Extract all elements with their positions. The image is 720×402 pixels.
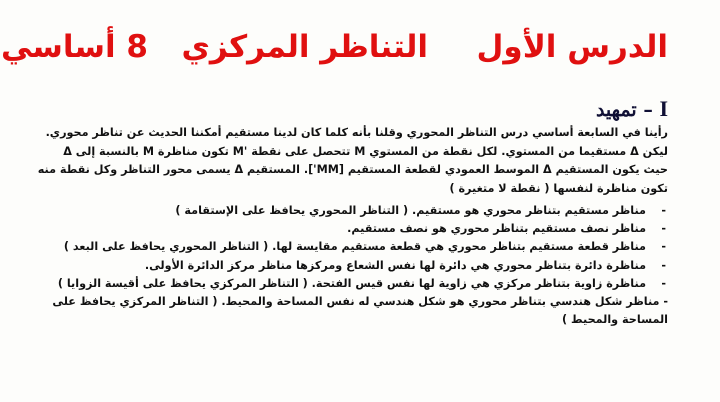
bullet-dash: -: [661, 275, 666, 293]
list-item-text: - مناظر شكل هندسي بتناظر محوري هو شكل هن…: [78, 293, 668, 311]
lesson-topic: التناظر المركزي: [181, 22, 428, 72]
intro-line: حيث يكون المستقيم Δ الموسط العمودي لقطعة…: [78, 161, 668, 180]
section-number: I: [659, 96, 668, 121]
intro-paragraph: رأينا في السابعة أساسي درس التناظر المحو…: [78, 124, 668, 198]
lesson-label: الدرس الأول: [477, 22, 668, 72]
list-item-text: مناظر قطعة مستقيم بتناظر محوري هي قطعة م…: [64, 240, 646, 253]
list-item: - مناظر مستقيم بتناظر محوري هو مستقيم. (…: [78, 202, 668, 220]
list-item: - مناظر نصف مستقيم بتناظر محوري هو نصف م…: [78, 220, 668, 238]
intro-line: تكون مناظرة لنفسها ( نقطة لا متغيرة ): [78, 180, 668, 199]
properties-list: - مناظر مستقيم بتناظر محوري هو مستقيم. (…: [78, 202, 668, 329]
bullet-dash: -: [661, 257, 666, 275]
list-item-text: مناظرة دائرة بتناظر محوري هي دائرة لها ن…: [145, 259, 646, 272]
list-item-text: مناظر مستقيم بتناظر محوري هو مستقيم. ( ا…: [175, 204, 646, 217]
list-item: - مناظرة زاوية بتناظر مركزي هي زاوية لها…: [78, 275, 668, 293]
grade-level: 8 أساسي: [1, 22, 148, 72]
list-item-text: مناظر نصف مستقيم بتناظر محوري هو نصف مست…: [347, 222, 646, 235]
section-heading: I – تمهيد: [596, 96, 668, 122]
list-item: - مناظر قطعة مستقيم بتناظر محوري هي قطعة…: [78, 238, 668, 256]
section-title: تمهيد: [596, 99, 637, 121]
list-item: - مناظرة دائرة بتناظر محوري هي دائرة لها…: [78, 257, 668, 275]
intro-line: رأينا في السابعة أساسي درس التناظر المحو…: [78, 124, 668, 143]
bullet-dash: -: [661, 202, 666, 220]
section-separator: –: [643, 99, 653, 121]
bullet-dash: -: [661, 220, 666, 238]
list-item-text: مناظرة زاوية بتناظر مركزي هي زاوية لها ن…: [58, 277, 646, 290]
intro-line: ليكن Δ مستقيما من المستوي. لكل نقطة من ا…: [78, 143, 668, 162]
list-item: - مناظر شكل هندسي بتناظر محوري هو شكل هن…: [78, 293, 668, 329]
lesson-body: رأينا في السابعة أساسي درس التناظر المحو…: [78, 124, 668, 329]
bullet-dash: -: [661, 238, 666, 256]
page-header: الدرس الأول التناظر المركزي 8 أساسي: [0, 22, 720, 72]
list-item-text-continued: المساحة والمحيط ): [78, 311, 668, 329]
